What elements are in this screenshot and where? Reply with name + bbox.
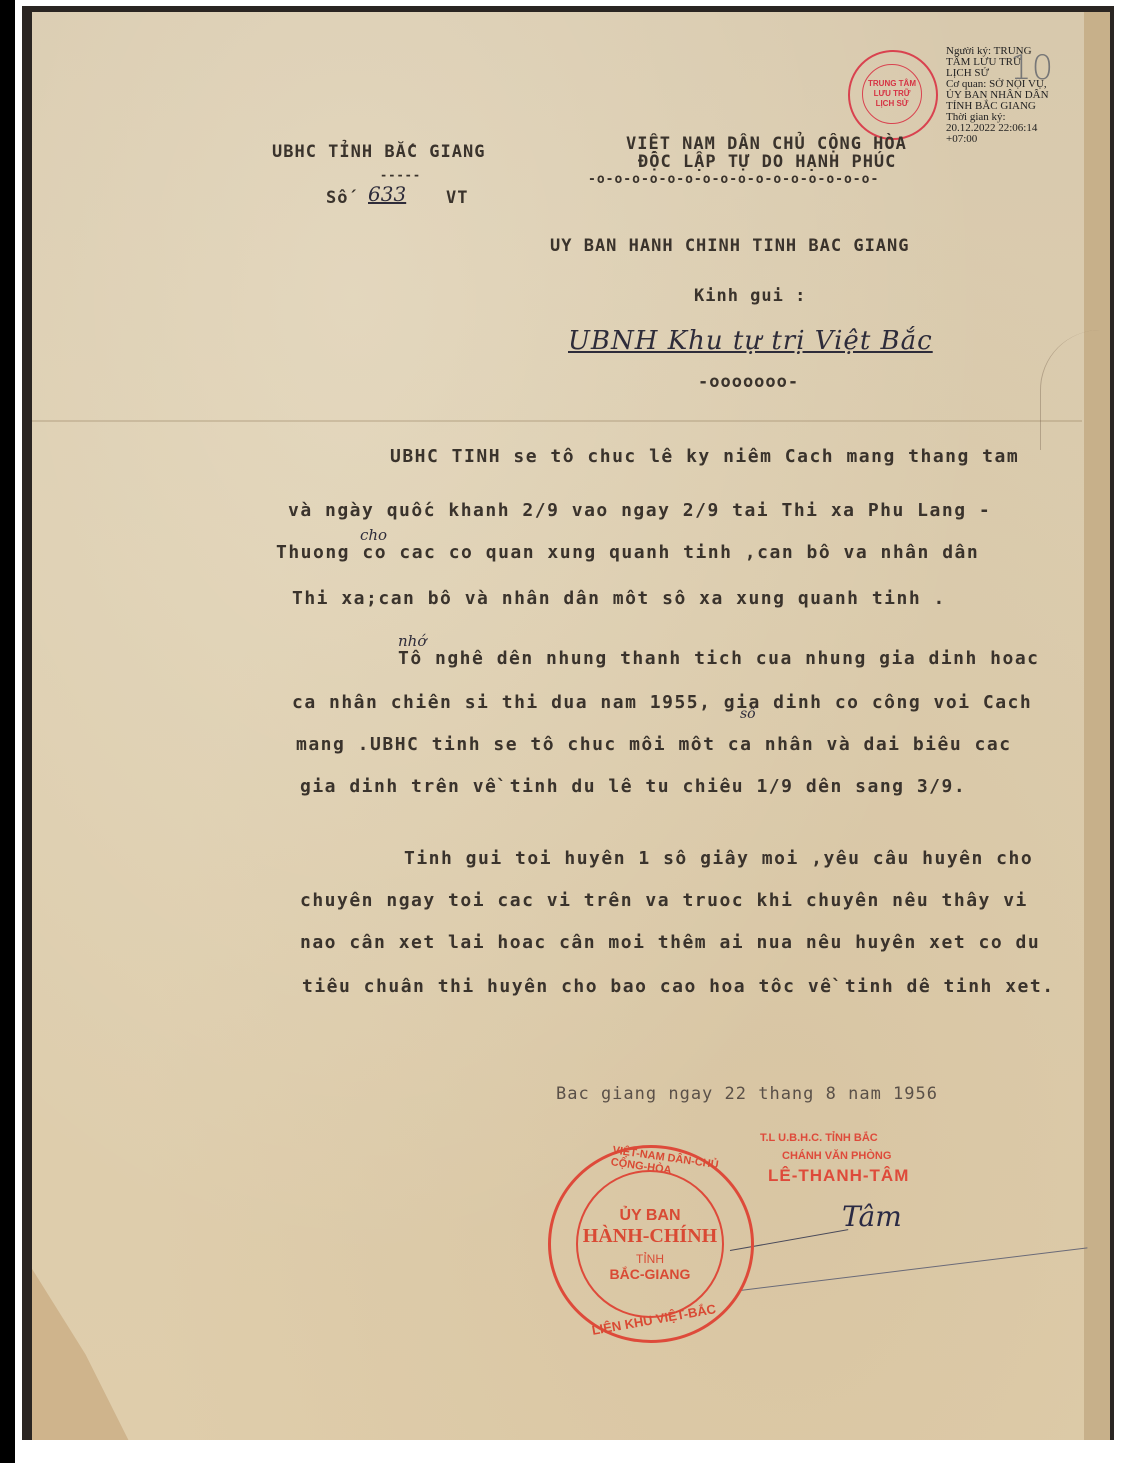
salutation: Kinh gui : (694, 286, 806, 306)
archive-stamp-line: LỊCH SỬ (876, 99, 909, 109)
date-line: Bac giang ngay 22 thang 8 nam 1956 (556, 1084, 938, 1104)
archive-stamp-icon: TRUNG TÂM LƯU TRỮ LỊCH SỬ (848, 50, 938, 140)
body-line: nao cân xet lai hoac cân moi thêm ai nua… (300, 932, 1040, 953)
sign-timezone: +07:00 (946, 134, 1049, 145)
title-stamp-line1: T.L U.B.H.C. TỈNH BẮC (760, 1132, 878, 1144)
seal-line1: ỦY BAN (619, 1207, 680, 1225)
scan-frame-left (0, 0, 15, 1463)
title-stamp-name: LÊ-THANH-TÂM (768, 1166, 909, 1186)
recipient-handwritten: UBNH Khu tự trị Việt Bắc (568, 326, 933, 356)
national-title: VIỆT NAM DÂN CHỦ CỘNG HÒA (626, 134, 907, 154)
body-line: gia dinh trên về tinh du lê tu chiêu 1/9… (300, 776, 966, 797)
signature: Tâm (842, 1200, 902, 1233)
body-line: ca nhân chiên si thi dua nam 1955, gia d… (292, 692, 1032, 713)
recipient-divider: -ooooooo- (698, 372, 799, 392)
issuing-org: UBHC TỈNH BẮC GIANG (272, 142, 485, 162)
doc-number-suffix: VT (446, 188, 468, 208)
national-motto: ĐỘC LẬP TỰ DO HẠNH PHÚC (638, 152, 896, 172)
body-line: Tô nghê dên nhung thanh tich cua nhung g… (398, 648, 1040, 669)
body-line: Thuong co cac co quan xung quanh tinh ,c… (276, 542, 979, 563)
body-line: chuyên ngay toi cac vi trên va truoc khi… (300, 890, 1028, 911)
body-line: và ngày quốc khanh 2/9 vao ngay 2/9 tai … (288, 500, 991, 521)
body-line: Thi xa;can bô và nhân dân môt sô xa xung… (292, 588, 946, 609)
paper-edge-right (1084, 12, 1110, 1440)
annotation-handwritten: số (740, 706, 756, 722)
body-line: tiêu chuân thi huyên cho bao cao hoa tôc… (302, 976, 1055, 997)
paper-fold (32, 420, 1082, 422)
body-line: Tinh gui toi huyên 1 sô giây moi ,yêu câ… (404, 848, 1033, 869)
doc-number-prefix: Số (326, 188, 348, 208)
archive-stamp-line: LƯU TRỮ (874, 89, 911, 99)
archive-stamp-line: TRUNG TÂM (868, 79, 916, 89)
recipient-org: UY BAN HANH CHINH TINH BAC GIANG (550, 236, 910, 256)
body-line: UBHC TINH se tô chuc lê ky niêm Cach man… (390, 446, 1019, 467)
body-line: mang .UBHC tinh se tô chuc môi môt ca nh… (296, 734, 1012, 755)
doc-number-value: 633 (368, 182, 406, 206)
official-seal-icon: VIỆT-NAM DÂN-CHỦ CỘNG-HÒA ỦY BAN HÀNH-CH… (548, 1145, 754, 1343)
org-divider: ----- (380, 168, 421, 182)
motto-divider: -o-o-o-o-o-o-o-o-o-o-o-o-o-o-o-o- (588, 172, 879, 187)
seal-line2: HÀNH-CHÍNH (583, 1225, 717, 1248)
seal-line3: TỈNH (636, 1252, 664, 1266)
page-number-handwritten: 10 (1010, 48, 1053, 88)
seal-line4: BẮC-GIANG (610, 1266, 691, 1282)
title-stamp-line2: CHÁNH VĂN PHÒNG (782, 1150, 891, 1162)
